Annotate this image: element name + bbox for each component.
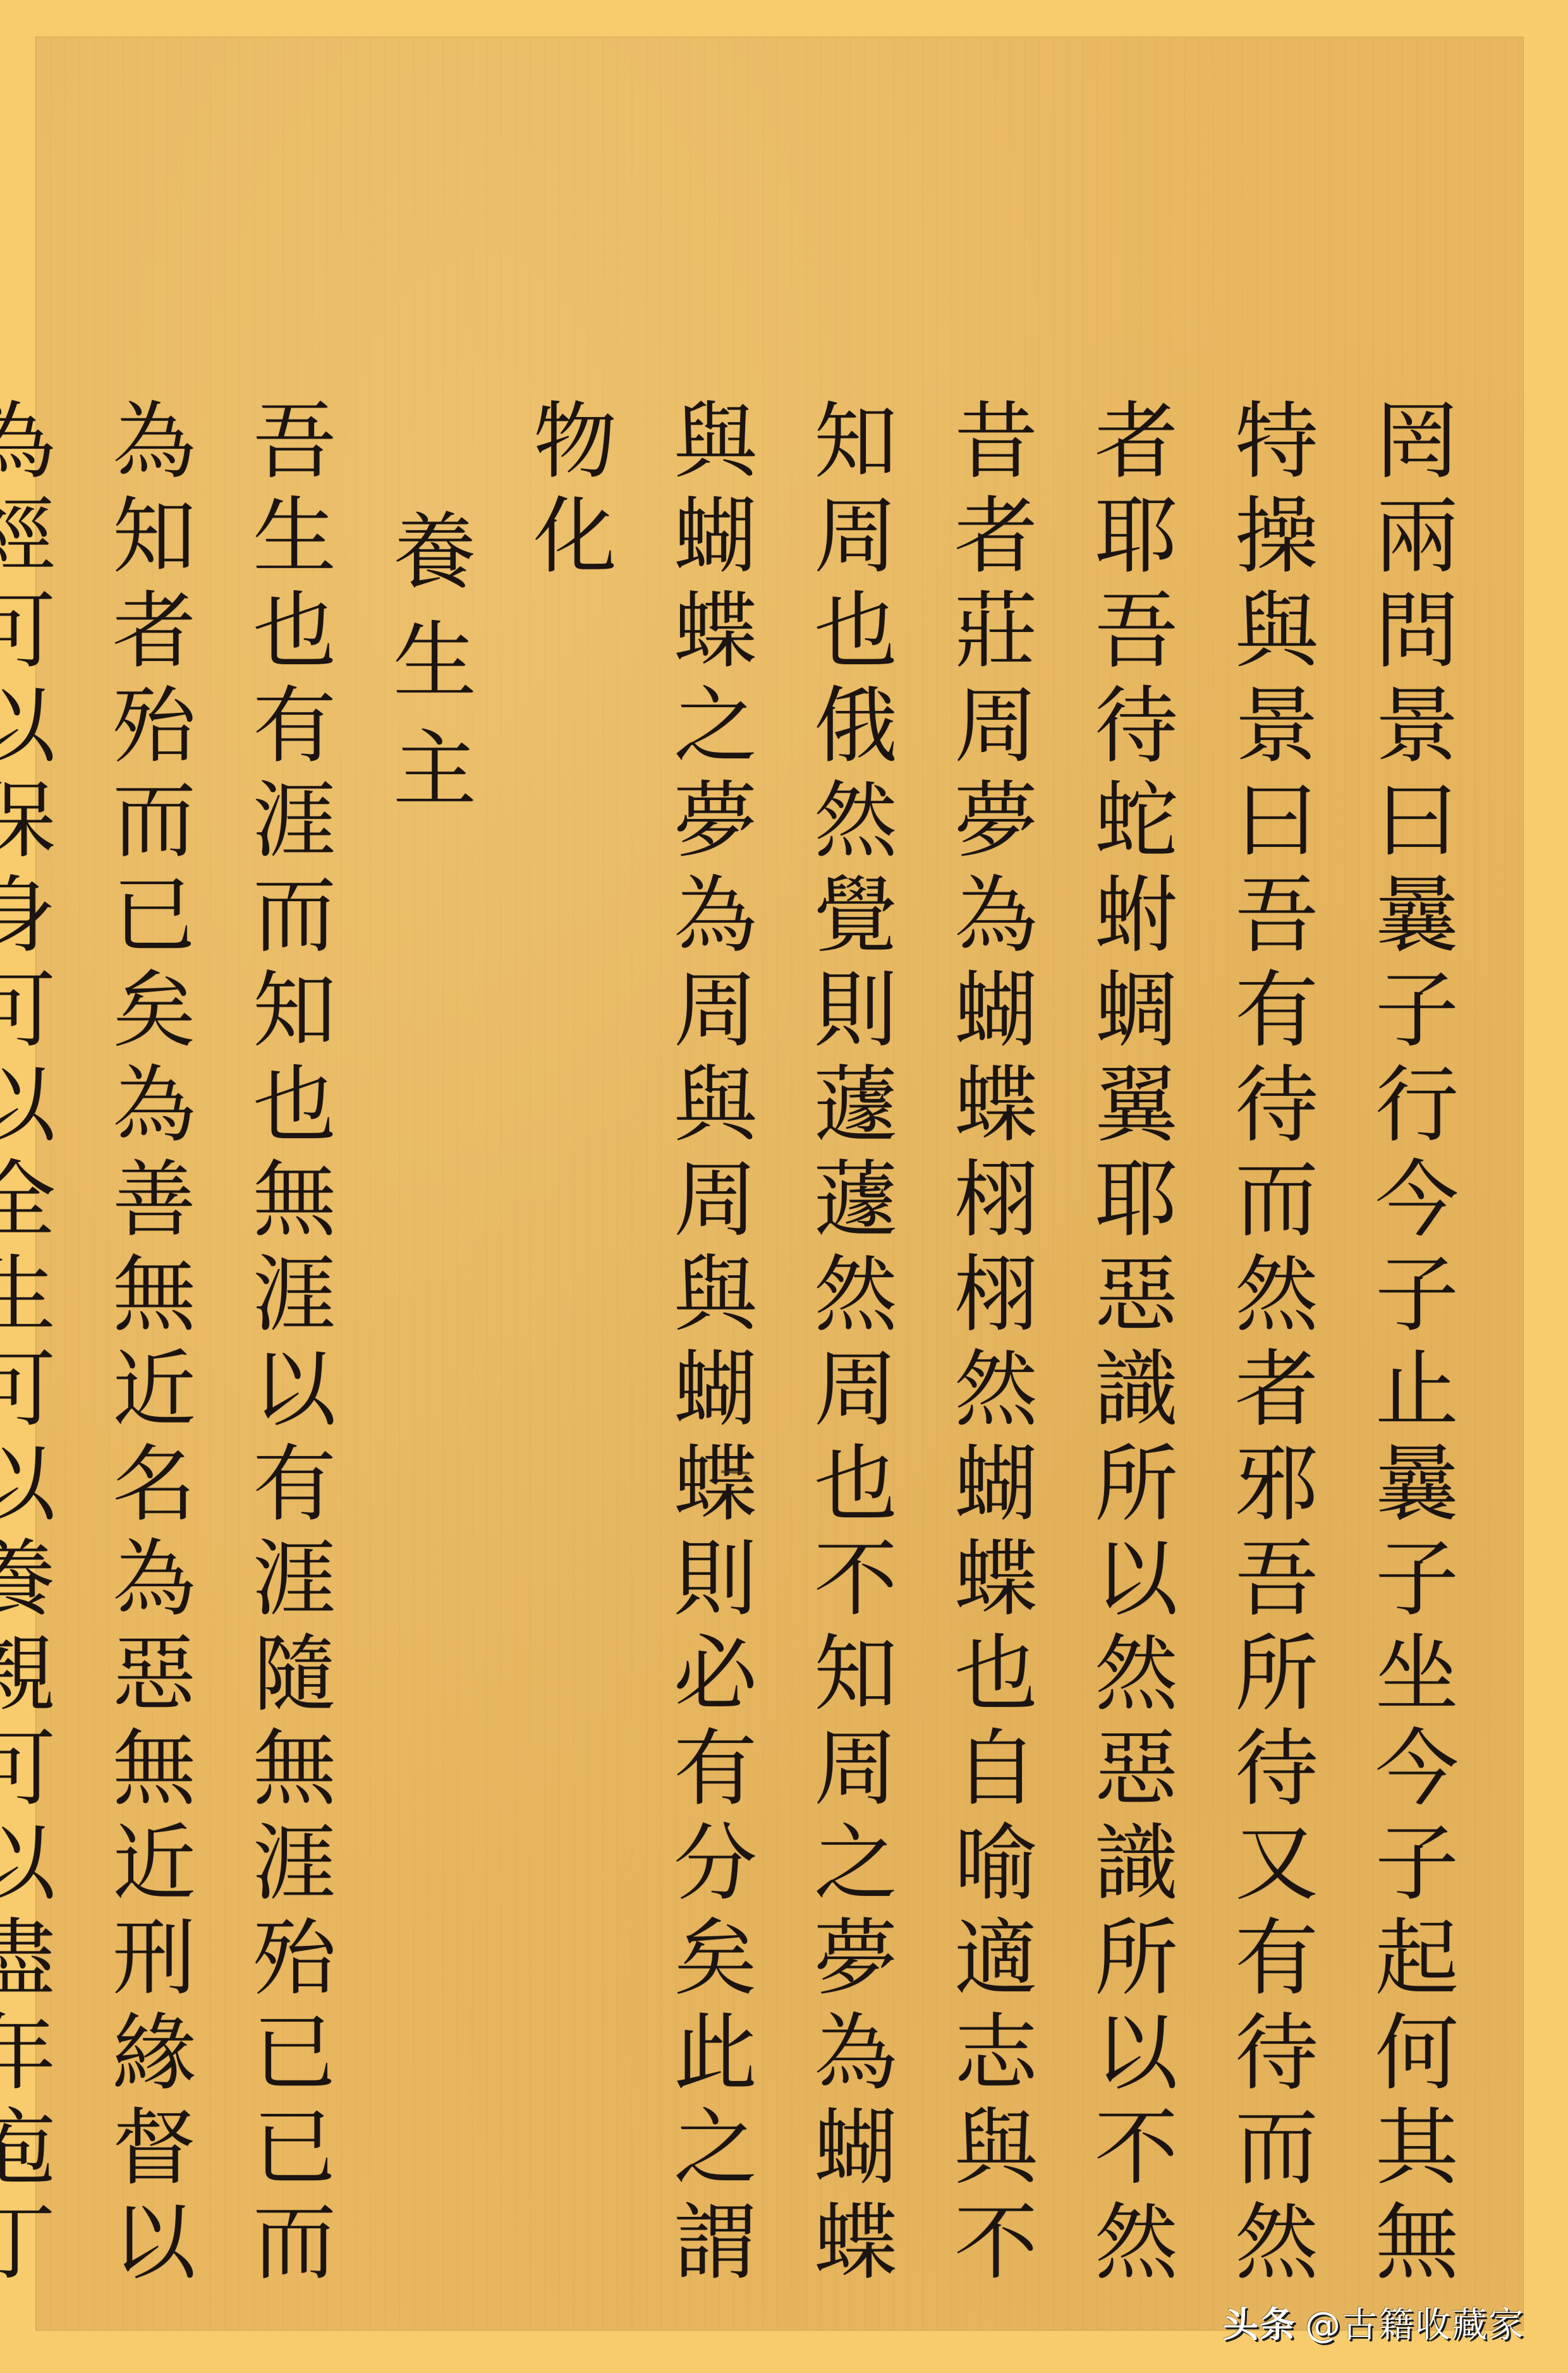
watermark-handle: @古籍收藏家 xyxy=(1305,2305,1525,2346)
watermark: 头条@古籍收藏家 xyxy=(1223,2297,1525,2348)
chapter-heading-yangshengzhu: 養生主 xyxy=(357,397,497,2305)
manuscript-paper: 罔兩問景曰曩子行今子止曩子坐今子起何其無 特操與景曰吾有待而然者邪吾所待又有待而… xyxy=(35,37,1524,2331)
text-column-10: 為知者殆而已矣為善無近名為惡無近刑緣督以 xyxy=(76,397,217,2305)
watermark-brand: 头条 xyxy=(1223,2305,1296,2346)
text-column-3: 者耶吾待蛇蚹蜩翼耶惡識所以然惡識所以不然 xyxy=(1059,397,1199,2305)
text-column-5: 知周也俄然覺則蘧蘧然周也不知周之夢為蝴蝶 xyxy=(778,397,918,2305)
text-column-11: 為經可以保身可以全生可以養親可以盡年庖丁 xyxy=(0,397,76,2305)
page-background: 罔兩問景曰曩子行今子止曩子坐今子起何其無 特操與景曰吾有待而然者邪吾所待又有待而… xyxy=(0,0,1568,2373)
text-column-4: 昔者莊周夢為蝴蝶栩栩然蝴蝶也自喻適志與不 xyxy=(918,397,1059,2305)
text-column-1: 罔兩問景曰曩子行今子止曩子坐今子起何其無 xyxy=(1339,397,1480,2305)
text-column-9: 吾生也有涯而知也無涯以有涯隨無涯殆已已而 xyxy=(217,397,357,2305)
text-column-6: 與蝴蝶之夢為周與周與蝴蝶則必有分矣此之謂 xyxy=(638,397,778,2305)
text-column-7-wuhua: 物化 xyxy=(497,397,638,2305)
text-column-2: 特操與景曰吾有待而然者邪吾所待又有待而然 xyxy=(1199,397,1339,2305)
vertical-text-block: 罔兩問景曰曩子行今子止曩子坐今子起何其無 特操與景曰吾有待而然者邪吾所待又有待而… xyxy=(0,397,1480,2305)
